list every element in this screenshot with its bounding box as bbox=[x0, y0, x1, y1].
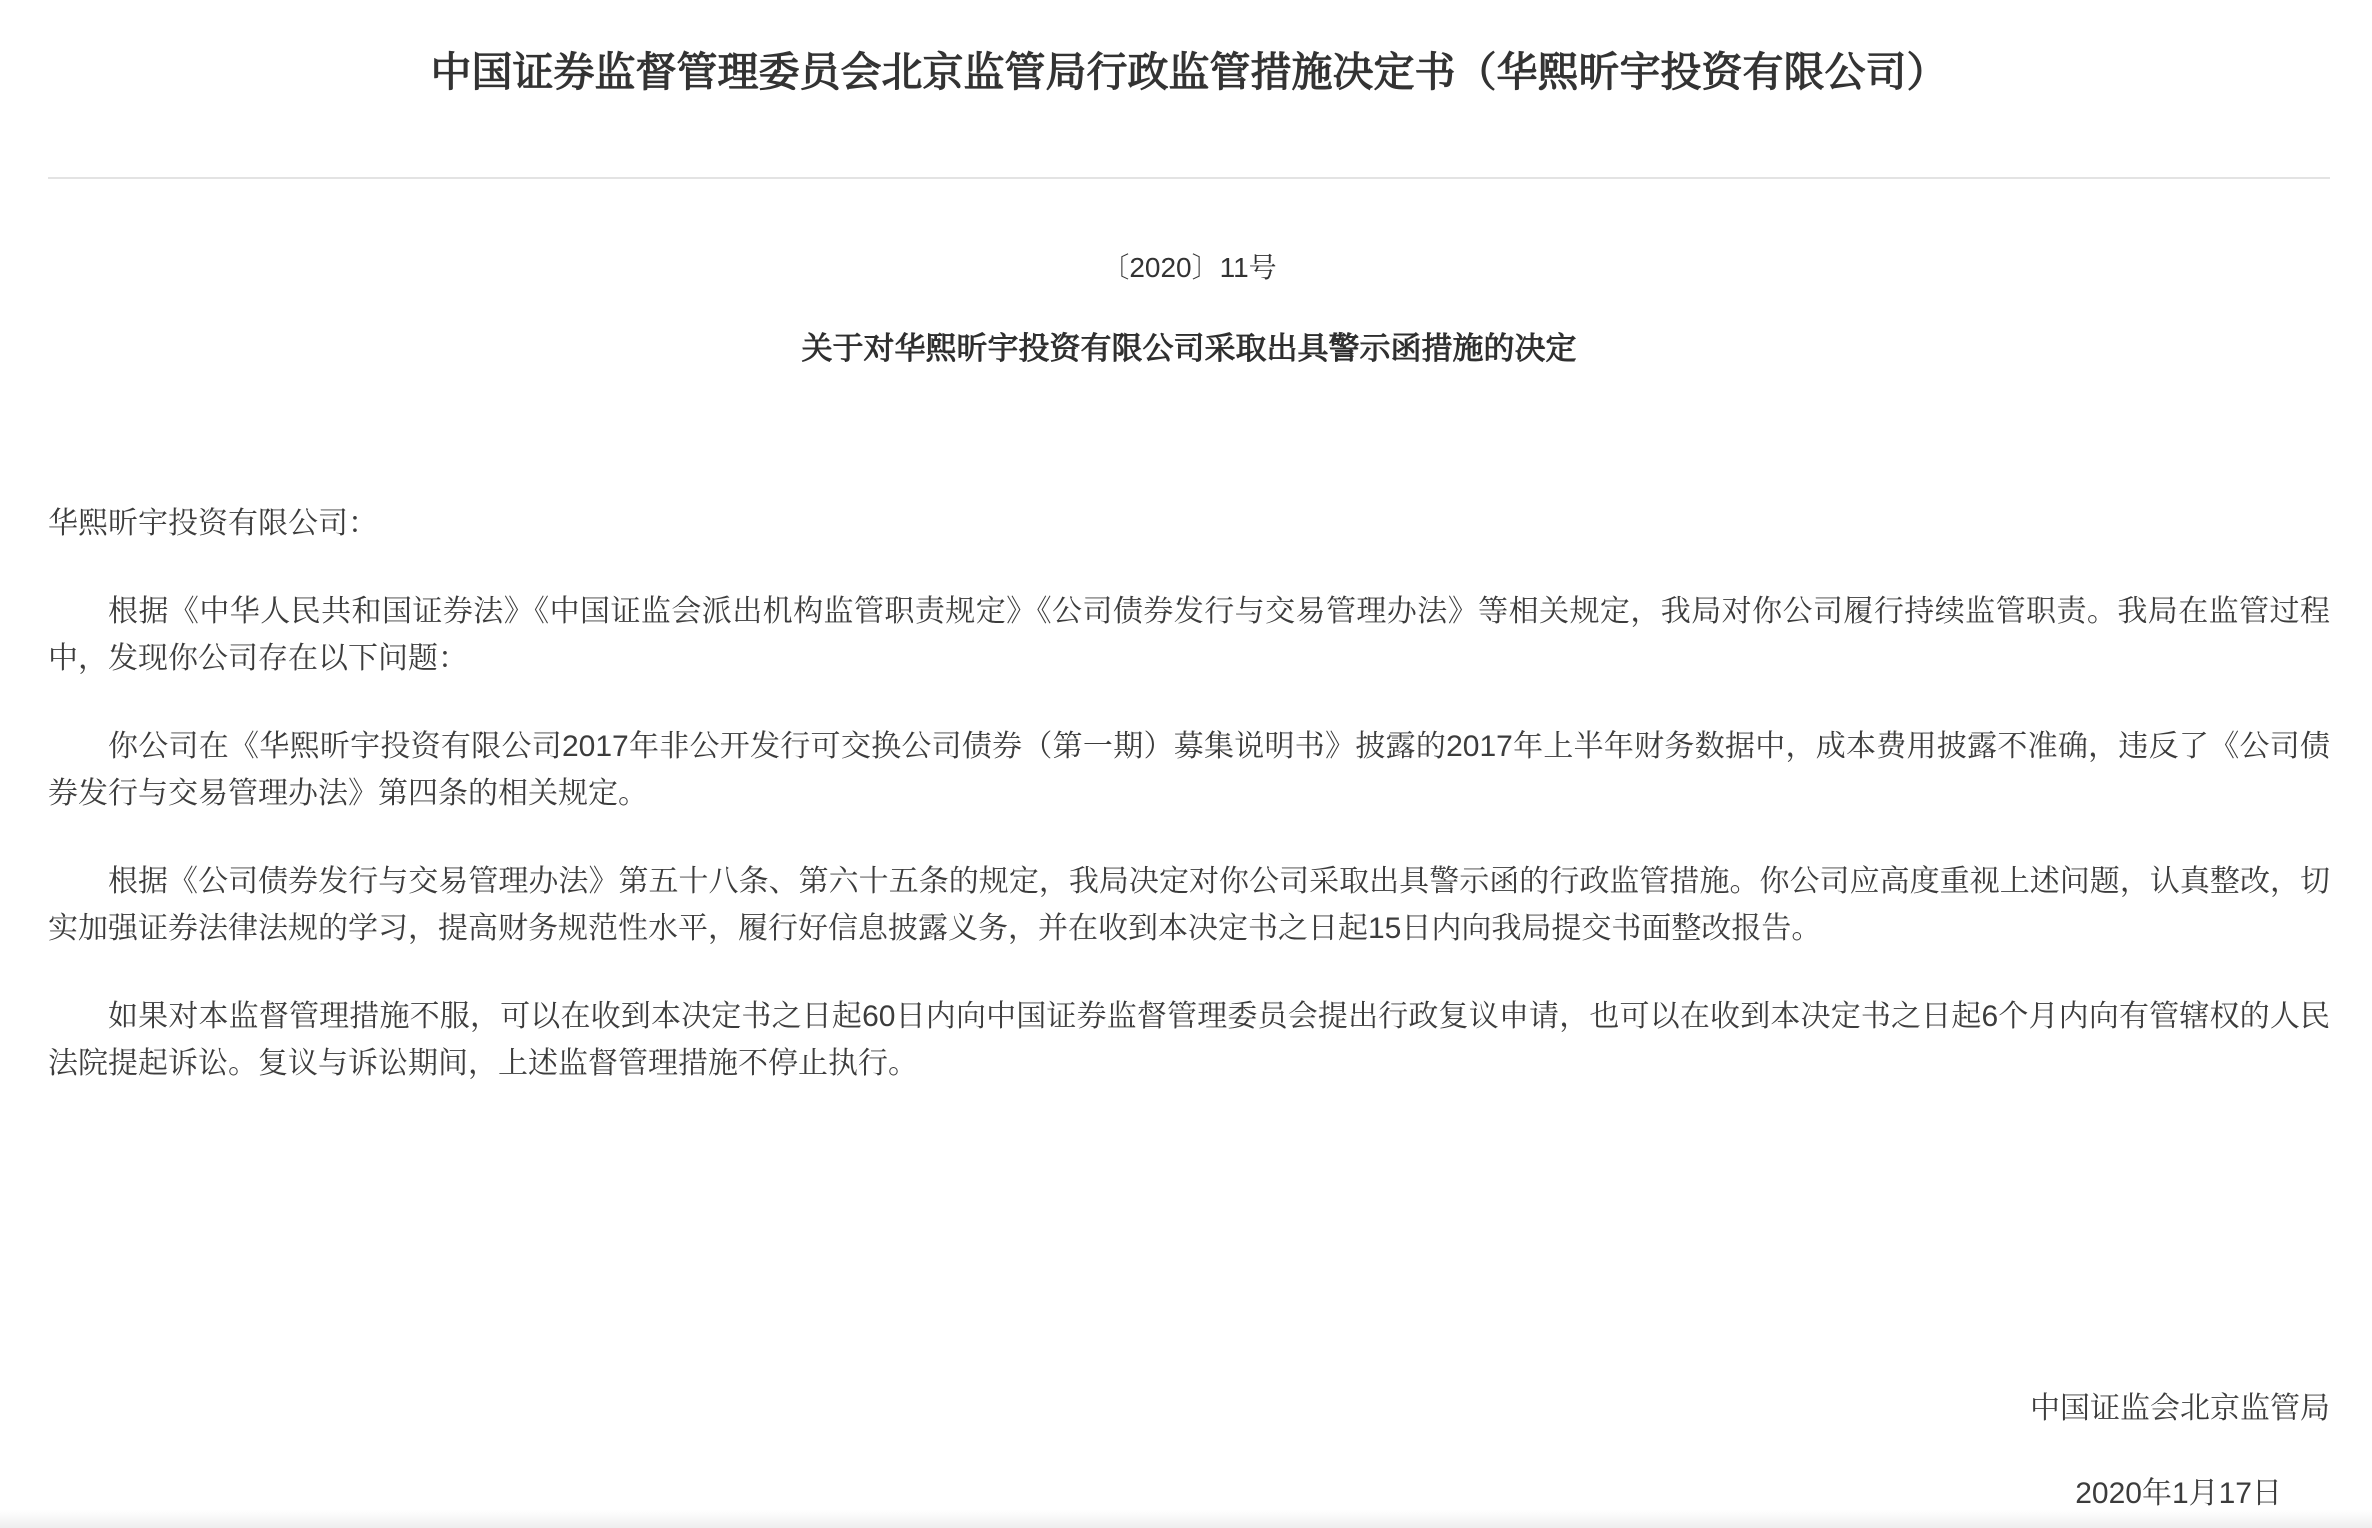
salutation-line: 华熙昕宇投资有限公司： bbox=[48, 500, 2330, 547]
document-content: 中国证券监督管理委员会北京监管局行政监管措施决定书（华熙昕宇投资有限公司） 〔2… bbox=[48, 0, 2330, 1517]
body-paragraph: 如果对本监督管理措施不服，可以在收到本决定书之日起60日内向中国证券监督管理委员… bbox=[48, 993, 2330, 1087]
body-paragraph: 根据《公司债券发行与交易管理办法》第五十八条、第六十五条的规定，我局决定对你公司… bbox=[48, 858, 2330, 952]
body-paragraph: 你公司在《华熙昕宇投资有限公司2017年非公开发行可交换公司债券（第一期）募集说… bbox=[48, 723, 2330, 817]
page-bottom-edge bbox=[0, 1510, 2372, 1528]
issuer-signature: 中国证监会北京监管局 bbox=[48, 1385, 2330, 1432]
title-divider bbox=[48, 177, 2330, 179]
body-paragraph: 根据《中华人民共和国证券法》《中国证监会派出机构监管职责规定》《公司债券发行与交… bbox=[48, 588, 2330, 682]
document-page: 中国证券监督管理委员会北京监管局行政监管措施决定书（华熙昕宇投资有限公司） 〔2… bbox=[0, 0, 2372, 1528]
document-title: 中国证券监督管理委员会北京监管局行政监管措施决定书（华熙昕宇投资有限公司） bbox=[48, 0, 2330, 101]
decision-heading: 关于对华熙昕宇投资有限公司采取出具警示函措施的决定 bbox=[48, 327, 2330, 371]
document-number: 〔2020〕11号 bbox=[48, 248, 2330, 288]
